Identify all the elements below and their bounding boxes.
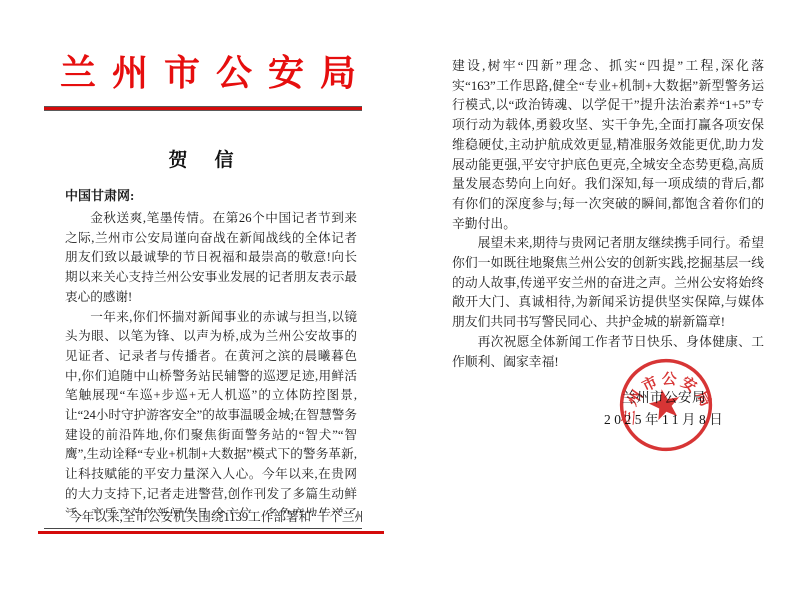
salutation: 中国甘肃网: (65, 187, 362, 205)
letter-page-1: 兰州市公安局 贺 信 中国甘肃网: 金秋送爽,笔墨传情。在第26个中国记者节到来… (44, 40, 362, 540)
page1-body: 金秋送爽,笔墨传情。在第26个中国记者节到来之际,兰州市公安局谨向奋战在新闻战线… (65, 209, 357, 513)
scanned-letter: 兰州市公安局 贺 信 中国甘肃网: 金秋送爽,笔墨传情。在第26个中国记者节到来… (0, 0, 800, 600)
official-seal: 兰州市公安局 (608, 347, 724, 463)
paragraph: 建设,树牢“四新”理念、抓实“四提”工程,深化落实“163”工作思路,健全“专业… (452, 57, 764, 234)
page1-footer-rule (38, 531, 384, 534)
paragraph: 展望未来,期待与贵网记者朋友继续携手同行。希望你们一如既往地聚焦兰州公安的创新实… (452, 234, 764, 333)
paragraph: 一年来,你们怀揣对新闻事业的赤诚与担当,以镜头为眼、以笔为锋、以声为桥,成为兰州… (65, 308, 357, 513)
agency-letterhead-title: 兰州市公安局 (44, 52, 362, 94)
letter-page-2: 建设,树牢“四新”理念、抓实“四提”工程,深化落实“163”工作思路,健全“专业… (452, 57, 764, 372)
letter-title: 贺 信 (44, 145, 362, 172)
letterhead-rule (44, 106, 362, 111)
paragraph: 金秋送爽,笔墨传情。在第26个中国记者节到来之际,兰州市公安局谨向奋战在新闻战线… (65, 209, 357, 308)
page1-underlined-line: 今年以来,全市公安机关围绕1139工作部署和“十个兰州” (44, 508, 362, 529)
